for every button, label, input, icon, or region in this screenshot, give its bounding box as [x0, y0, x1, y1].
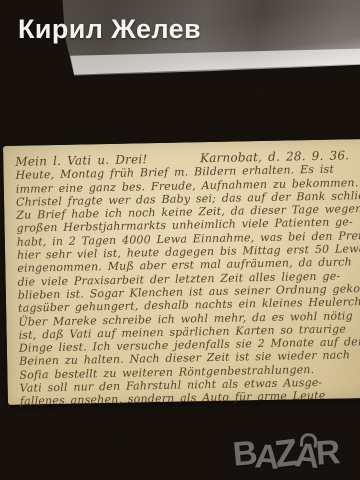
- bazar-watermark-logo: B A Z A R: [233, 430, 338, 470]
- postcard: Mein l. Vati u. Drei! Karnobat, d. 28. 9…: [3, 139, 360, 405]
- seller-name-overlay: Кирил Желев: [18, 14, 201, 45]
- watermark-letter-shopping-bag-icon: A: [294, 440, 318, 472]
- watermark-letter: R: [315, 437, 339, 468]
- handwritten-text: Mein l. Vati u. Drei! Karnobat, d. 28. 9…: [3, 139, 360, 409]
- listing-photo: Кирил Желев Mein l. Vati u. Drei! Karnob…: [0, 0, 360, 480]
- watermark-letter: B: [232, 438, 256, 470]
